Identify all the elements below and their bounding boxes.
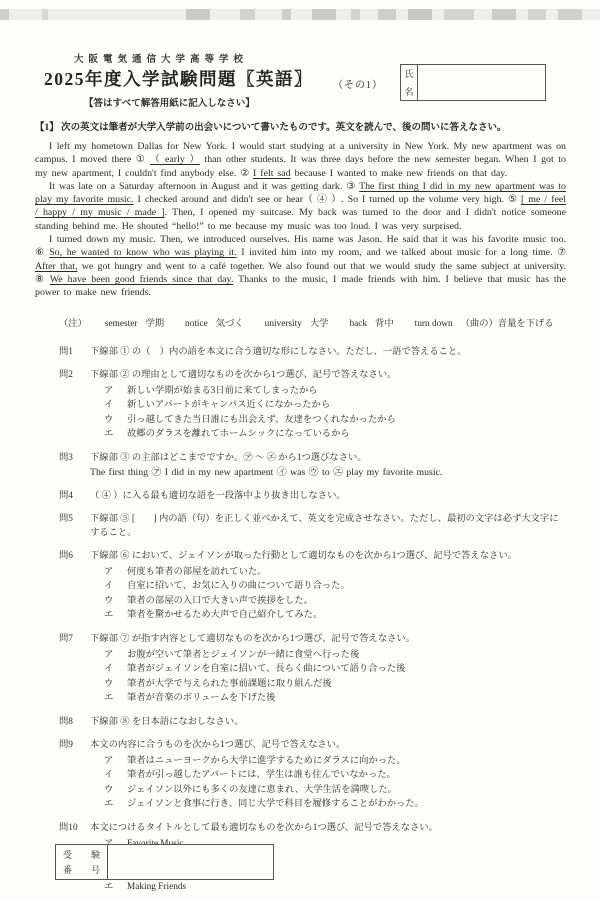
passage-paragraph: I turned down my music. Then, we introdu… [35, 233, 566, 299]
name-box: 氏 名 [400, 64, 546, 101]
part-number: （その1） [333, 76, 383, 91]
choice-text: 引っ越してきた当日誰にも出会えず、友達をつくれなかったから [127, 413, 396, 428]
choice-option: エジェイソンと食事に行き、同じ大学で科目を履修することがわかった。 [90, 797, 566, 812]
note-item: notice気づく [185, 315, 244, 329]
passage-text: ① [136, 154, 150, 165]
choices: ア何度も筆者の部屋を訪れていた。イ自室に招いて、お気に入りの曲について語り合った… [90, 565, 566, 623]
choice-mark: ウ [104, 413, 127, 428]
question-body: 下線部 ③ の主部はどこまでですか。㋐ ～ ㋓ から1つ選びなさい。The fi… [90, 451, 566, 480]
question-row: 問2下線部 ② の理由として適切なものを次から1つ選び、記号で答えなさい。ア新し… [59, 368, 566, 442]
passage-paragraph: I left my hometown Dallas for New York. … [35, 140, 566, 180]
question-row: 問3下線部 ③ の主部はどこまでですか。㋐ ～ ㋓ から1つ選びなさい。The … [59, 451, 566, 480]
question-number: 問5 [59, 512, 90, 540]
note-item: back背中 [349, 315, 393, 329]
choices: ア新しい学期が始まる3日前に来てしまったからイ新しいアパートがキャンパス近くにな… [90, 384, 566, 442]
choices: アお腹が空いて筆者とジェイソンが一緒に食堂へ行った後イ筆者がジェイソンを自室に招… [90, 648, 566, 706]
question-number: 問8 [59, 715, 90, 729]
question-row: 問4（ ④ ）に入る最も適切な語を一段落中より抜き出しなさい。 [59, 489, 566, 503]
question-text: 下線部 ⑥ において、ジェイソンが取った行動として適切なものを次から1つ選び、記… [90, 549, 566, 563]
choice-text: 筆者を驚かせるため大声で自己紹介してみた。 [127, 608, 322, 623]
examinee-number-box: 受験 番号 [55, 844, 274, 880]
choice-option: イ新しいアパートがキャンパス近くになかったから [90, 398, 566, 413]
passage-text: ② [240, 168, 253, 179]
note-english-word: university [265, 319, 302, 329]
note-japanese-meaning: 学期 [145, 319, 164, 329]
name-label-top: 氏 [404, 67, 413, 80]
choice-option: ア何度も筆者の部屋を訪れていた。 [90, 565, 566, 580]
question-row: 問8下線部 ⑧ を日本語になおしなさい。 [59, 715, 566, 729]
choice-option: ア筆者はニューヨークから大学に進学するためにダラスに向かった。 [90, 754, 566, 769]
choice-text: 筆者が音楽のボリュームを下げた後 [127, 691, 275, 706]
note-item: turn down（曲の）音量を下げる [415, 315, 554, 329]
question-body: 下線部 ② の理由として適切なものを次から1つ選び、記号で答えなさい。ア新しい学… [90, 368, 566, 442]
choice-text: 筆者がジェイソンを自室に招いて、長らく曲について語り合った後 [127, 662, 405, 677]
choice-text: Making Friends [127, 880, 186, 895]
choice-mark: ウ [104, 594, 127, 609]
choice-option: イ筆者がジェイソンを自室に招いて、長らく曲について語り合った後 [90, 662, 566, 677]
choice-mark: エ [104, 691, 127, 706]
question-row: 問7下線部 ⑦ が指す内容として適切なものを次から1つ選び、記号で答えなさい。ア… [59, 632, 566, 706]
question-text: 下線部 ⑦ が指す内容として適切なものを次から1つ選び、記号で答えなさい。 [90, 632, 566, 646]
examinee-number-label: 受験 番号 [56, 845, 108, 879]
choice-text: ジェイソン以外にも多くの友達に恵まれ、大学生活を満喫した。 [127, 783, 397, 798]
choice-mark: エ [104, 608, 127, 623]
choice-text: 新しいアパートがキャンパス近くになかったから [127, 398, 330, 413]
choice-mark: ア [104, 384, 127, 399]
choice-mark: イ [104, 768, 127, 783]
passage-text: ⑤ [508, 194, 521, 205]
examinee-label-row2: 番号 [63, 863, 100, 876]
question-number: 問1 [59, 345, 90, 359]
passage-text: ③ [346, 181, 359, 192]
choice-mark: エ [104, 880, 127, 895]
answer-instruction: 【答はすべて解答用紙に記入しなさい】 [84, 95, 255, 109]
passage-text: we got hungry and went to a café togethe… [77, 261, 566, 272]
passage: I left my hometown Dallas for New York. … [35, 140, 566, 300]
choice-text: 何度も筆者の部屋を訪れていた。 [127, 565, 266, 580]
exam-content: 【1】 次の英文は筆者が大学入学前の出会いについて書いたものです。英文を読んで、… [35, 119, 566, 900]
question-body: 下線部 ⑧ を日本語になおしなさい。 [90, 715, 566, 729]
passage-text: ⑧ [35, 274, 50, 285]
choice-mark: ア [104, 754, 127, 769]
notes-list: semester学期notice気づくuniversity大学back背中tur… [105, 315, 575, 329]
underlined-phrase: We have been good friends since that day… [50, 274, 234, 285]
passage-text: I invited him into my room, and we talke… [237, 247, 558, 258]
choice-mark: イ [104, 398, 127, 413]
question-body: （ ④ ）に入る最も適切な語を一段落中より抜き出しなさい。 [90, 489, 566, 503]
question-body: 下線部 ⑤ [ ] 内の語（句）を正しく並べかえて、英文を完成させなさい。ただし… [90, 512, 566, 540]
examinee-number-input-area[interactable] [108, 845, 273, 879]
passage-text: It was late on a Saturday afternoon in A… [49, 181, 346, 192]
note-english-word: turn down [415, 319, 453, 329]
choices: ア筆者はニューヨークから大学に進学するためにダラスに向かった。イ筆者が引っ越した… [90, 754, 566, 812]
note-item: semester学期 [105, 315, 164, 329]
choice-mark: イ [104, 662, 127, 677]
question-text: 下線部 ② の理由として適切なものを次から1つ選び、記号で答えなさい。 [90, 368, 566, 382]
underlined-phrase: （ early ） [150, 154, 200, 165]
passage-text: I checked around and didn't see or hear（… [134, 194, 508, 205]
question-row: 問5下線部 ⑤ [ ] 内の語（句）を正しく並べかえて、英文を完成させなさい。た… [59, 512, 566, 540]
name-box-label: 氏 名 [401, 65, 418, 100]
note-english-word: notice [185, 319, 208, 329]
name-input-area[interactable] [418, 65, 545, 100]
choice-option: アお腹が空いて筆者とジェイソンが一緒に食堂へ行った後 [90, 648, 566, 663]
underlined-phrase: So, he wanted to know who was playing it… [49, 247, 236, 258]
choice-option: イ筆者が引っ越したアパートには、学生は誰も住んでいなかった。 [90, 768, 566, 783]
question-text: 本文につけるタイトルとして最も適切なものを次から1つ選び、記号で答えなさい。 [90, 821, 566, 835]
choice-mark: ウ [104, 677, 127, 692]
question-row: 問9本文の内容に合うものを次から1つ選び、記号で答えなさい。ア筆者はニューヨーク… [59, 738, 566, 812]
choice-option: ウ引っ越してきた当日誰にも出会えず、友達をつくれなかったから [90, 413, 566, 428]
choice-option: エMaking Friends [90, 880, 566, 895]
question-body: 下線部 ① の（ ）内の語を本文に合う適切な形にしなさい。ただし、一語で答えるこ… [90, 345, 566, 359]
choice-option: エ筆者を驚かせるため大声で自己紹介してみた。 [90, 608, 566, 623]
question-body: 下線部 ⑥ において、ジェイソンが取った行動として適切なものを次から1つ選び、記… [90, 549, 566, 623]
choice-mark: エ [104, 797, 127, 812]
choice-text: 新しい学期が始まる3日前に来てしまったから [127, 384, 318, 399]
question-text: （ ④ ）に入る最も適切な語を一段落中より抜き出しなさい。 [90, 489, 566, 503]
choice-option: ウ筆者の部屋の入口で大きい声で挨拶をした。 [90, 594, 566, 609]
choice-text: 自室に招いて、お気に入りの曲について語り合った。 [127, 579, 350, 594]
note-japanese-meaning: 背中 [375, 319, 394, 329]
question-body: 本文の内容に合うものを次から1つ選び、記号で答えなさい。ア筆者はニューヨークから… [90, 738, 566, 812]
question-number: 問6 [59, 549, 90, 623]
question-row: 問1下線部 ① の（ ）内の語を本文に合う適切な形にしなさい。ただし、一語で答え… [59, 345, 566, 359]
question-number: 問9 [59, 738, 90, 812]
question-english-sentence: The first thing ㋐ I did in my new apartm… [90, 466, 566, 480]
passage-text: I turned down my music. Then, we introdu… [49, 234, 566, 245]
underlined-phrase: I felt sad [253, 168, 291, 179]
choice-text: ジェイソンと食事に行き、同じ大学で科目を履修することがわかった。 [127, 797, 424, 812]
choice-text: 筆者はニューヨークから大学に進学するためにダラスに向かった。 [127, 754, 406, 769]
note-japanese-meaning: 大学 [310, 319, 329, 329]
choice-text: 筆者が大学で与えられた事前課題に取り組んだ後 [127, 677, 332, 692]
choice-mark: ア [104, 648, 127, 663]
choice-option: イ自室に招いて、お気に入りの曲について語り合った。 [90, 579, 566, 594]
exam-paper-page: 大阪電気通信大学高等学校 2025年度入学試験問題〖英語〗 （その1） 氏 名 … [0, 0, 600, 900]
name-label-bottom: 名 [404, 85, 413, 98]
choice-text: 故郷のダラスを離れてホームシックになっているから [127, 427, 350, 442]
scan-artifact-band [0, 9, 600, 20]
choice-option: エ筆者が音楽のボリュームを下げた後 [90, 691, 566, 706]
choice-mark: イ [104, 579, 127, 594]
question-number: 問2 [59, 368, 90, 442]
exam-title: 2025年度入学試験問題〖英語〗 [44, 66, 313, 91]
choice-option: ウジェイソン以外にも多くの友達に恵まれ、大学生活を満喫した。 [90, 783, 566, 798]
question-number: 問7 [59, 632, 90, 706]
question-body: 下線部 ⑦ が指す内容として適切なものを次から1つ選び、記号で答えなさい。アお腹… [90, 632, 566, 706]
passage-text: ⑦ [557, 247, 566, 258]
vocabulary-notes: （注） semester学期notice気づくuniversity大学back背… [35, 315, 566, 329]
choice-text: 筆者が引っ越したアパートには、学生は誰も住んでいなかった。 [127, 768, 396, 783]
choice-mark: エ [104, 427, 127, 442]
question-number: 問3 [59, 451, 90, 480]
question-text: 本文の内容に合うものを次から1つ選び、記号で答えなさい。 [90, 738, 566, 752]
question-text: 下線部 ① の（ ）内の語を本文に合う適切な形にしなさい。ただし、一語で答えるこ… [90, 345, 566, 359]
question-row: 問6下線部 ⑥ において、ジェイソンが取った行動として適切なものを次から1つ選び… [59, 549, 566, 623]
passage-text: ⑥ [35, 247, 49, 258]
choice-option: ウ筆者が大学で与えられた事前課題に取り組んだ後 [90, 677, 566, 692]
questions: 問1下線部 ① の（ ）内の語を本文に合う適切な形にしなさい。ただし、一語で答え… [35, 345, 566, 895]
note-english-word: back [349, 319, 367, 329]
question-number: 問4 [59, 489, 90, 503]
passage-text: because I wanted to make new friends on … [291, 168, 507, 179]
question-text: 下線部 ③ の主部はどこまでですか。㋐ ～ ㋓ から1つ選びなさい。 [90, 451, 566, 465]
question-text: 下線部 ⑧ を日本語になおしなさい。 [90, 715, 566, 729]
choice-text: 筆者の部屋の入口で大きい声で挨拶をした。 [127, 594, 313, 609]
choice-option: ア新しい学期が始まる3日前に来てしまったから [90, 384, 566, 399]
choice-mark: ウ [104, 783, 127, 798]
note-item: university大学 [265, 315, 329, 329]
section-1-header: 【1】 次の英文は筆者が大学入学前の出会いについて書いたものです。英文を読んで、… [35, 119, 566, 133]
note-japanese-meaning: （曲の）音量を下げる [461, 319, 554, 329]
school-name: 大阪電気通信大学高等学校 [74, 51, 248, 65]
choice-mark: ア [104, 565, 127, 580]
choice-option: エ故郷のダラスを離れてホームシックになっているから [90, 427, 566, 442]
notes-label: （注） [59, 315, 87, 329]
question-text: 下線部 ⑤ [ ] 内の語（句）を正しく並べかえて、英文を完成させなさい。ただし… [90, 512, 566, 540]
passage-paragraph: It was late on a Saturday afternoon in A… [35, 180, 566, 233]
examinee-label-row1: 受験 [63, 848, 100, 861]
note-japanese-meaning: 気づく [216, 319, 244, 329]
choice-text: お腹が空いて筆者とジェイソンが一緒に食堂へ行った後 [127, 648, 359, 663]
note-english-word: semester [105, 319, 138, 329]
underlined-phrase: After that, [35, 261, 77, 272]
